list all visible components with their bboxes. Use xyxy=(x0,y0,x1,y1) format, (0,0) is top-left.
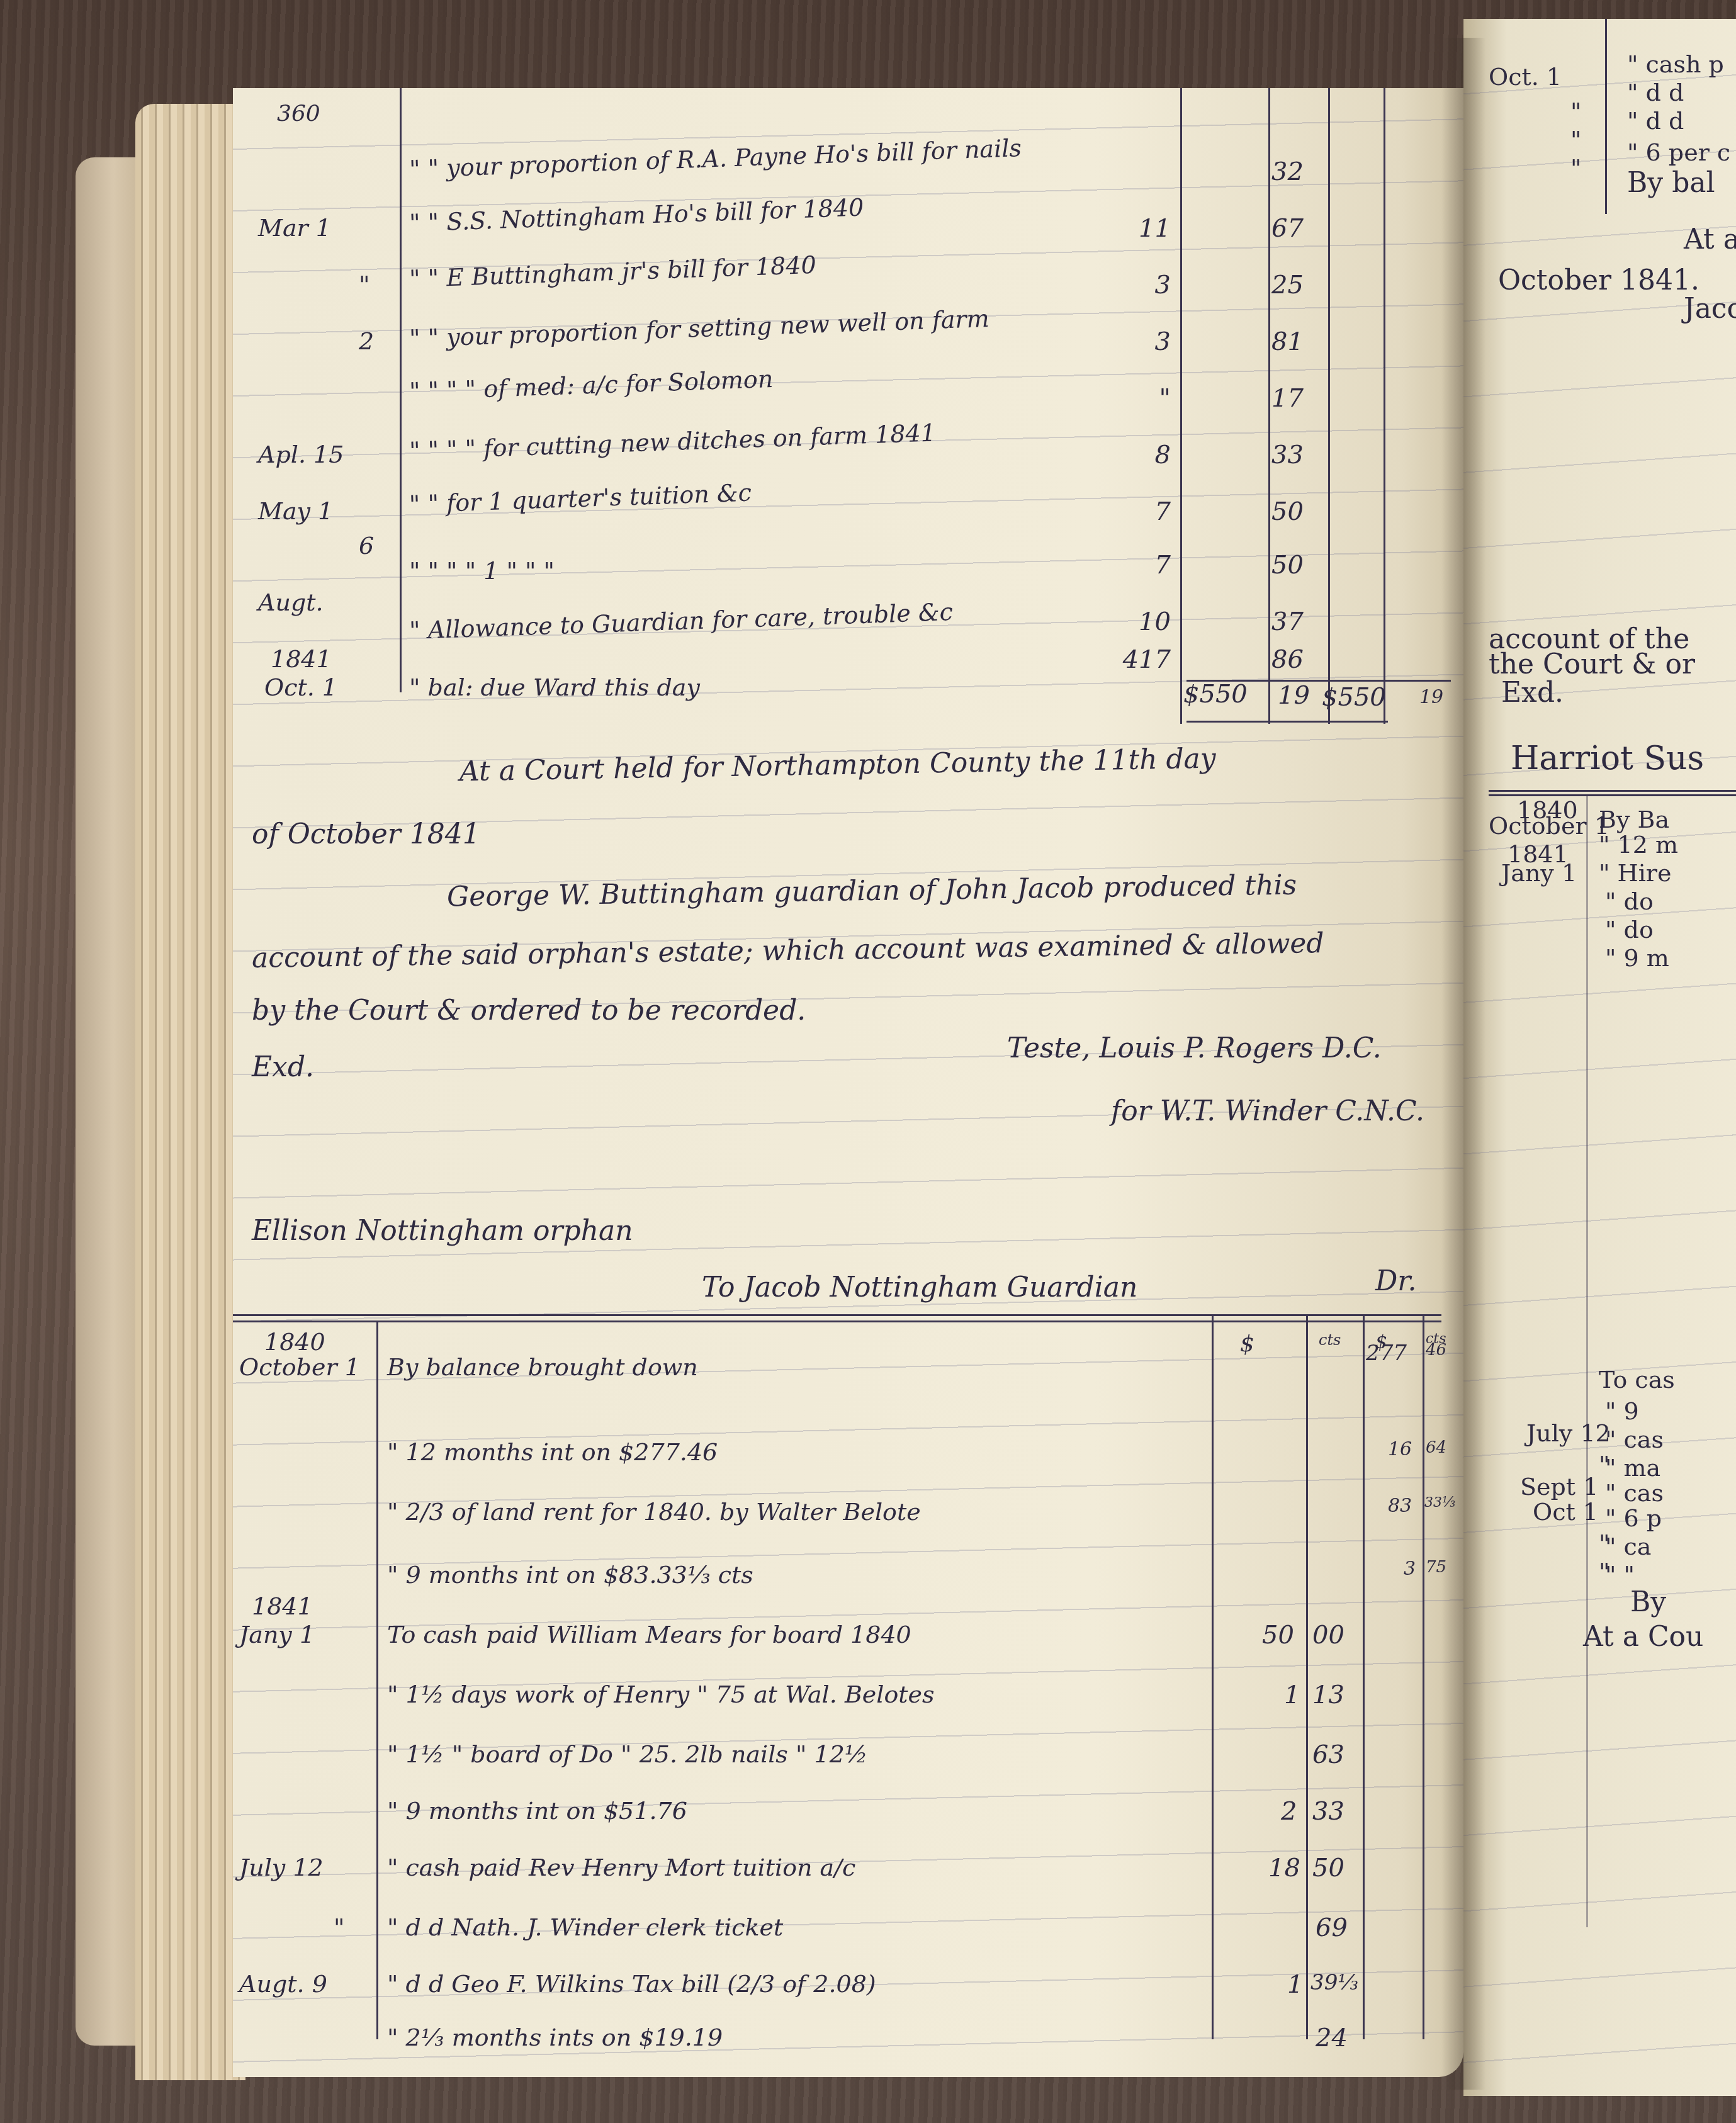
row-cents: 25 xyxy=(1271,271,1304,300)
header-double-rule-1 xyxy=(233,1314,1441,1316)
right-ledger-description: " cas xyxy=(1605,1479,1664,1507)
court-line-2: of October 1841 xyxy=(252,818,480,850)
total-right-cents: 19 xyxy=(1419,686,1443,708)
right-orphan-title: Harriot Sus xyxy=(1511,740,1704,777)
row-description: To cash paid William Mears for board 184… xyxy=(387,1621,911,1648)
court-line-5: by the Court & ordered to be recorded. xyxy=(252,994,806,1027)
debit-label: Dr. xyxy=(1375,1265,1416,1297)
row-dollars: 8 xyxy=(1127,441,1171,470)
right-jacob-fragment: Jaco xyxy=(1684,293,1736,325)
row-dollars: 3 xyxy=(1127,271,1171,300)
right-row-description: " d d xyxy=(1627,107,1684,135)
row-description: " " " " 1 " " " xyxy=(409,557,555,585)
row-cents: 50 xyxy=(1271,551,1304,580)
row-dollars2: 277 xyxy=(1366,1341,1407,1366)
row-date: Mar 1 xyxy=(258,214,331,242)
row-date: July 12 xyxy=(239,1854,324,1881)
row-cents: 63 xyxy=(1312,1740,1344,1769)
ledger-row: " " " E Buttingham jr's bill for 1840 3 … xyxy=(233,252,1463,315)
row-description: By balance brought down xyxy=(387,1353,698,1381)
row-description: " " " " for cutting new ditches on farm … xyxy=(409,419,936,465)
right-ledger-description: By Ba xyxy=(1599,806,1669,833)
row-date: Jany 1 xyxy=(239,1621,315,1648)
row-cents: 50 xyxy=(1271,497,1304,526)
right-header-rule-1 xyxy=(1489,790,1736,792)
right-ledger-description: " 9 m xyxy=(1605,944,1669,972)
row-cents: 67 xyxy=(1271,214,1304,243)
right-ledger-description: To cas xyxy=(1599,1366,1675,1394)
book-page-edges xyxy=(135,104,245,2080)
right-ledger-description: " " xyxy=(1605,1561,1635,1589)
row-description: " 1½ " board of Do " 25. 2lb nails " 12½ xyxy=(387,1740,868,1768)
ledger-row: Apl. 15 " " " " for cutting new ditches … xyxy=(233,422,1463,485)
row-date: Oct. 1 xyxy=(264,673,337,701)
row-description: " 1½ days work of Henry " 75 at Wal. Bel… xyxy=(387,1681,935,1708)
row-description: " " your proportion of R.A. Payne Ho's b… xyxy=(409,134,1022,183)
row-description: " " E Buttingham jr's bill for 1840 xyxy=(409,251,816,293)
guardian-title: To Jacob Nottingham Guardian xyxy=(702,1271,1137,1304)
row-cents: 50 xyxy=(1312,1854,1344,1883)
ledger-row: " 1½ days work of Henry " 75 at Wal. Bel… xyxy=(233,1681,1463,1743)
right-ledger-description: " do xyxy=(1605,916,1654,943)
right-bottom-fragment: At a Cou xyxy=(1583,1621,1703,1653)
left-page: 360 " " your proportion of R.A. Payne Ho… xyxy=(233,88,1463,2077)
row-description: " " " " of med: a/c for Solomon xyxy=(409,365,773,405)
ledger-row: " 2⅓ months ints on $19.19 24 xyxy=(233,2024,1463,2086)
examined-mark: Exd. xyxy=(252,1051,314,1083)
right-row-description: " d d xyxy=(1627,79,1684,106)
right-ledger-description: " do xyxy=(1605,887,1654,915)
row-date: " xyxy=(359,271,369,298)
right-row-description: By bal xyxy=(1627,167,1715,199)
right-examined-mark: Exd. xyxy=(1501,677,1564,709)
row-dollars: 7 xyxy=(1127,497,1171,526)
right-ledger-date: Sept 1 xyxy=(1520,1473,1598,1501)
right-row-date: " xyxy=(1570,154,1581,182)
right-court-fragment: At a xyxy=(1684,223,1736,256)
right-ledger-description: " cas xyxy=(1605,1426,1664,1453)
row-year: 1840 xyxy=(264,1328,325,1356)
right-row-description: " 6 per c xyxy=(1627,138,1730,166)
ledger-row: " 2/3 of land rent for 1840. by Walter B… xyxy=(233,1473,1463,1536)
row-description: " 2⅓ months ints on $19.19 xyxy=(387,2024,723,2051)
row-cents: 33 xyxy=(1312,1797,1344,1826)
row-cents: 33 xyxy=(1271,441,1304,470)
total-left-cents: 19 xyxy=(1278,681,1310,710)
row-date: 6 xyxy=(359,532,374,560)
row-cents: 24 xyxy=(1316,2024,1348,2053)
header-double-rule-2 xyxy=(233,1321,1441,1322)
row-dollars: 3 xyxy=(1127,327,1171,356)
row-cents: 13 xyxy=(1312,1681,1344,1709)
row-dollars: 7 xyxy=(1127,551,1171,580)
right-date-column-rule xyxy=(1605,19,1607,214)
right-page-content: Oct. 1 " cash p " " d d " " d d " " 6 pe… xyxy=(1463,0,1736,2123)
page-number: 360 xyxy=(277,101,320,127)
total-right-dollars: $550 xyxy=(1322,683,1386,712)
right-ledger-date: July 12 xyxy=(1526,1419,1611,1447)
right-ledger-date: October 1 xyxy=(1489,812,1609,840)
row-description: " 12 months int on $277.46 xyxy=(387,1438,718,1466)
row-dollars: 1 xyxy=(1287,1970,1303,1999)
ledger-row: " 1½ " board of Do " 25. 2lb nails " 12½… xyxy=(233,1740,1463,1803)
ledger-row: 1841 Jany 1 To cash paid William Mears f… xyxy=(233,1592,1463,1655)
right-row-date: " xyxy=(1570,126,1581,154)
row-description: " " your proportion for setting new well… xyxy=(409,305,990,352)
ledger-row: July 12 " cash paid Rev Henry Mort tuiti… xyxy=(233,1854,1463,1917)
row-cents: 32 xyxy=(1271,157,1304,186)
right-court-order-fragment: the Court & or xyxy=(1489,648,1695,680)
row-cents: 81 xyxy=(1271,327,1304,356)
row-description: " " S.S. Nottingham Ho's bill for 1840 xyxy=(409,193,864,237)
ledger-row: 2 " " your proportion for setting new we… xyxy=(233,308,1463,371)
row-description: " d d Geo F. Wilkins Tax bill (2/3 of 2.… xyxy=(387,1970,876,1998)
right-ledger-description: " Hire xyxy=(1599,859,1672,887)
clerk-signature: for W.T. Winder C.N.C. xyxy=(1111,1095,1424,1127)
ledger-row: " 12 months int on $277.46 16 64 xyxy=(233,1413,1463,1476)
ledger-row: " 9 months int on $51.76 2 33 xyxy=(233,1797,1463,1860)
ledger-row: " 9 months int on $83.33⅓ cts 3 75 xyxy=(233,1529,1463,1592)
row-description: " 9 months int on $83.33⅓ cts xyxy=(387,1561,753,1589)
right-ledger-date: Oct 1 xyxy=(1533,1498,1598,1526)
right-row-date: Oct. 1 xyxy=(1489,63,1562,91)
ledger-row: 1840 October 1 By balance brought down 2… xyxy=(233,1328,1463,1391)
row-date: 2 xyxy=(359,327,374,355)
right-date-column-rule-2 xyxy=(1586,794,1588,1927)
orphan-title: Ellison Nottingham orphan xyxy=(252,1215,633,1247)
row-date: October 1 xyxy=(239,1353,360,1381)
right-ledger-description: " 12 m xyxy=(1599,831,1678,859)
row-description: " d d Nath. J. Winder clerk ticket xyxy=(387,1913,783,1941)
row-description: " cash paid Rev Henry Mort tuition a/c xyxy=(387,1854,855,1881)
right-ledger-description: " 6 p xyxy=(1605,1504,1662,1532)
row-dollars2: 83 xyxy=(1388,1495,1412,1517)
ledger-row: Mar 1 " " S.S. Nottingham Ho's bill for … xyxy=(233,195,1463,258)
row-dollars: 50 xyxy=(1262,1621,1294,1650)
row-dollars2: 3 xyxy=(1404,1558,1416,1580)
row-dollars: 2 xyxy=(1281,1797,1297,1826)
row-description: " 2/3 of land rent for 1840. by Walter B… xyxy=(387,1498,921,1526)
right-row-description: " cash p xyxy=(1627,50,1724,78)
row-dollars: 1 xyxy=(1284,1681,1300,1709)
right-ledger-description: " ma xyxy=(1605,1454,1660,1482)
row-cents: 00 xyxy=(1312,1621,1344,1650)
court-line-3: George W. Buttingham guardian of John Ja… xyxy=(447,869,1297,913)
row-description: " " for 1 quarter's tuition &c xyxy=(409,479,752,519)
right-row-date: " xyxy=(1570,98,1581,125)
right-ledger-description: By xyxy=(1630,1586,1666,1618)
court-line-4: account of the said orphan's estate; whi… xyxy=(252,927,1324,974)
row-year: 1841 xyxy=(252,1592,313,1620)
row-date: " xyxy=(334,1913,344,1941)
attest-signature: Teste, Louis P. Rogers D.C. xyxy=(1007,1032,1382,1064)
row-dollars: 18 xyxy=(1268,1854,1300,1883)
row-description: " bal: due Ward this day xyxy=(409,673,700,701)
row-dollars: 11 xyxy=(1127,214,1171,243)
row-cents: 17 xyxy=(1271,384,1304,413)
total-left-dollars: $550 xyxy=(1183,680,1248,709)
ledger-row: " " d d Nath. J. Winder clerk ticket 69 xyxy=(233,1913,1463,1976)
ledger-row: " " " " of med: a/c for Solomon " 17 xyxy=(233,365,1463,428)
ledger-row: 6 " " " " 1 " " " 7 50 xyxy=(233,532,1463,595)
row-date: Augt. 9 xyxy=(239,1970,327,1998)
court-line-1: At a Court held for Northampton County t… xyxy=(459,743,1217,788)
row-description: " 9 months int on $51.76 xyxy=(387,1797,687,1825)
row-date: Apl. 15 xyxy=(258,441,344,468)
row-cents: 69 xyxy=(1316,1913,1348,1942)
right-date-fragment: October 1841. xyxy=(1498,264,1699,296)
row-date: May 1 xyxy=(258,497,333,525)
row-cents: 39⅓ xyxy=(1310,1970,1358,1995)
row-dollars2: 16 xyxy=(1388,1438,1412,1460)
row-dollars: " xyxy=(1127,384,1171,413)
right-ledger-date: Jany 1 xyxy=(1501,859,1577,887)
right-ledger-description: " ca xyxy=(1605,1533,1652,1560)
ledger-row: " " your proportion of R.A. Payne Ho's b… xyxy=(233,138,1463,201)
row-date: Augt. xyxy=(258,588,324,616)
